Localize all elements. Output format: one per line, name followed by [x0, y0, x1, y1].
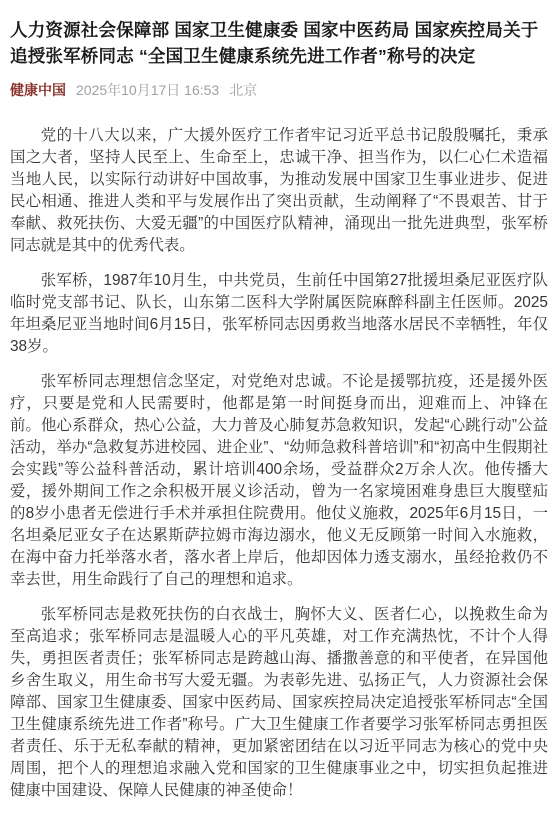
account-name-link[interactable]: 健康中国	[10, 81, 66, 100]
publish-location: 北京	[229, 81, 257, 100]
article-page: 人力资源社会保障部 国家卫生健康委 国家中医药局 国家疾控局关于追授张军桥同志 …	[0, 0, 558, 822]
paragraph: 张军桥，1987年10月生，中共党员，生前任中国第27批援坦桑尼亚医疗队临时党支…	[10, 270, 548, 358]
paragraph: 张军桥同志是救死扶伤的白衣战士，胸怀大义、医者仁心，以挽救生命为至高追求；张军桥…	[10, 604, 548, 802]
paragraph: 张军桥同志理想信念坚定，对党绝对忠诚。不论是援鄂抗疫，还是援外医疗，只要是党和人…	[10, 371, 548, 591]
article-meta: 健康中国 2025年10月17日 16:53 北京	[10, 81, 548, 100]
article-body: 党的十八大以来，广大援外医疗工作者牢记习近平总书记殷殷嘱托，秉承国之大者，坚持人…	[10, 125, 548, 802]
article-title: 人力资源社会保障部 国家卫生健康委 国家中医药局 国家疾控局关于追授张军桥同志 …	[10, 17, 548, 69]
paragraph: 党的十八大以来，广大援外医疗工作者牢记习近平总书记殷殷嘱托，秉承国之大者，坚持人…	[10, 125, 548, 257]
publish-datetime: 2025年10月17日 16:53	[76, 81, 219, 100]
